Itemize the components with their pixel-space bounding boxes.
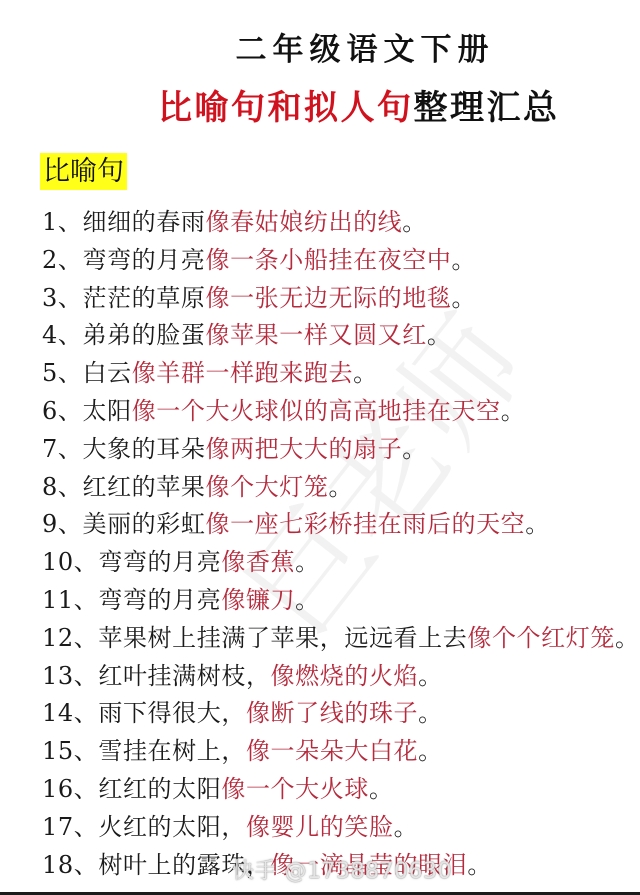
sentence-item: 16、红红的太阳像一个大火球。 xyxy=(42,771,640,809)
sentence-item: 9、美丽的彩虹像一座七彩桥挂在雨后的天空。 xyxy=(42,506,640,544)
sentence-item: 15、雪挂在树上，像一朵朵大白花。 xyxy=(42,733,640,771)
sentence-item: 2、弯弯的月亮像一条小船挂在夜空中。 xyxy=(42,242,640,280)
sentence-item: 1、细细的春雨像春姑娘纺出的线。 xyxy=(42,204,640,242)
sentence-item: 6、太阳像一个大火球似的高高地挂在天空。 xyxy=(42,393,640,431)
sentence-item: 14、雨下得很大，像断了线的珠子。 xyxy=(42,695,640,733)
sentence-item: 5、白云像羊群一样跑来跑去。 xyxy=(42,355,640,393)
simile-sentence-list: 1、细细的春雨像春姑娘纺出的线。 2、弯弯的月亮像一条小船挂在夜空中。 3、茫茫… xyxy=(42,204,640,884)
sentence-item: 7、大象的耳朵像两把大大的扇子。 xyxy=(42,431,640,469)
sentence-item: 3、茫茫的草原像一张无边无际的地毯。 xyxy=(42,280,640,318)
sentence-item: 17、火红的太阳，像婴儿的笑脸。 xyxy=(42,809,640,847)
sentence-item: 13、红叶挂满树枝，像燃烧的火焰。 xyxy=(42,658,640,696)
sentence-item: 12、苹果树上挂满了苹果，远远看上去像个个红灯笼。 xyxy=(42,620,640,658)
sentence-item: 4、弟弟的脸蛋像苹果一样又圆又红。 xyxy=(42,317,640,355)
sentence-item: 10、弯弯的月亮像香蕉。 xyxy=(42,544,640,582)
bottom-watermark: 快手 @1738870630 xyxy=(232,854,452,885)
document-title: 二年级语文下册 xyxy=(0,30,640,70)
section-label-simile: 比喻句 xyxy=(40,153,127,190)
document-subtitle: 比喻句和拟人句整理汇总 xyxy=(158,86,560,130)
subtitle-highlight: 比喻句和拟人句 xyxy=(158,88,414,128)
sentence-item: 8、红红的苹果像个大灯笼。 xyxy=(42,469,640,507)
subtitle-rest: 整理汇总 xyxy=(414,88,560,128)
sentence-item: 11、弯弯的月亮像镰刀。 xyxy=(42,582,640,620)
